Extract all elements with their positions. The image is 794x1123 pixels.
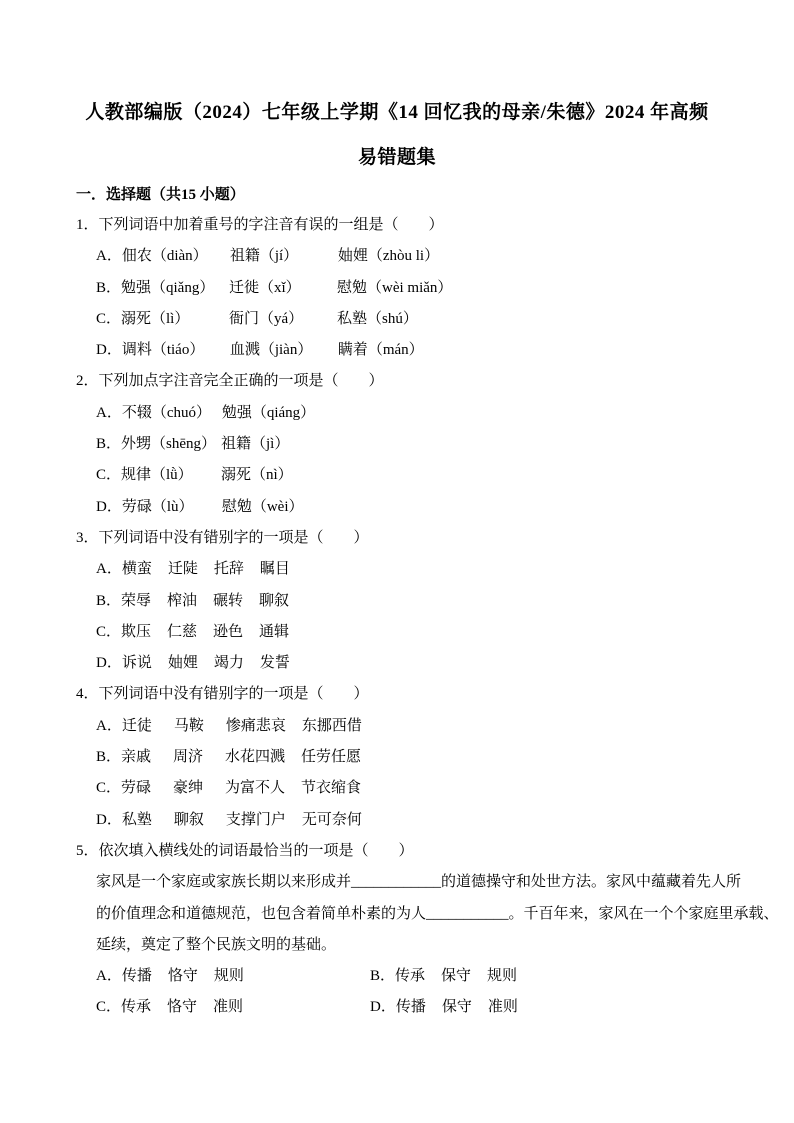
word-pinyin-group: 瞒着（mán） xyxy=(338,335,424,366)
word-pinyin-group: 祖籍（jí） xyxy=(230,241,338,272)
question-1-option-d: D．调料（tiáo）血溅（jiàn）瞒着（mán） xyxy=(96,335,794,366)
question-4-stem: 4．下列词语中没有错别字的一项是（ ） xyxy=(76,679,794,710)
word: 瞩目 xyxy=(260,554,290,585)
word: 仁慈 xyxy=(167,617,213,648)
word-pinyin-group: 规律（lǜ） xyxy=(121,460,221,491)
question-4-option-d: D．私塾聊叙支撑门户无可奈何 xyxy=(96,805,794,836)
word: 准则 xyxy=(213,992,259,1023)
question-5-stem: 5．依次填入横线处的词语最恰当的一项是（ ） xyxy=(76,836,794,867)
word: 无可奈何 xyxy=(302,805,362,836)
word-pinyin-group: 不辍（chuó） xyxy=(122,398,222,429)
question-1-option-a: A．佃农（diàn）祖籍（jí）妯娌（zhòu li） xyxy=(96,241,794,272)
word-pinyin-group: 衙门（yá） xyxy=(229,304,337,335)
word: 周济 xyxy=(173,742,225,773)
word: 碾转 xyxy=(213,586,259,617)
option-label: C． xyxy=(96,617,121,648)
question-3-option-c: C．欺压仁慈逊色通辑 xyxy=(96,617,794,648)
word: 惨痛悲哀 xyxy=(226,711,302,742)
option-label: D． xyxy=(96,335,122,366)
option-label: A． xyxy=(96,711,122,742)
word-pinyin-group: 迁徙（xǐ） xyxy=(229,273,337,304)
word-pinyin-group: 外甥（shēng） xyxy=(121,429,221,460)
question-3-option-d: D．诉说妯娌竭力发誓 xyxy=(96,648,794,679)
word: 妯娌 xyxy=(168,648,214,679)
word: 通辑 xyxy=(259,617,289,648)
option-label: A． xyxy=(96,398,122,429)
word: 规则 xyxy=(214,961,260,992)
question-2-option-a: A．不辍（chuó）勉强（qiáng） xyxy=(96,398,794,429)
title-line-1: 人教部编版（2024）七年级上学期《14 回忆我的母亲/朱德》2024 年高频 xyxy=(0,90,794,135)
question-3-stem: 3．下列词语中没有错别字的一项是（ ） xyxy=(76,523,794,554)
question-1-option-b: B．勉强（qiǎng）迁徙（xǐ）慰勉（wèi miǎn） xyxy=(96,273,794,304)
word-pinyin-group: 溺死（nì） xyxy=(221,460,293,491)
word: 传播 xyxy=(396,992,442,1023)
question-2-option-c: C．规律（lǜ）溺死（nì） xyxy=(96,460,794,491)
option-label: A． xyxy=(96,961,122,992)
word: 传承 xyxy=(395,961,441,992)
word: 发誓 xyxy=(260,648,290,679)
word: 任劳任愿 xyxy=(301,742,361,773)
question-2-option-b: B．外甥（shēng）祖籍（jì） xyxy=(96,429,794,460)
question-list: 1．下列词语中加着重号的字注音有误的一组是（ ） A．佃农（diàn）祖籍（jí… xyxy=(0,210,794,1024)
question-1-option-c: C．溺死（lì）衙门（yá）私塾（shú） xyxy=(96,304,794,335)
word: 迁陡 xyxy=(168,554,214,585)
word: 亲戚 xyxy=(121,742,173,773)
word-pinyin-group: 慰勉（wèi） xyxy=(222,492,304,523)
word-pinyin-group: 血溅（jiàn） xyxy=(230,335,338,366)
question-3-option-a: A．横蛮迁陡托辞瞩目 xyxy=(96,554,794,585)
option-label: D． xyxy=(96,492,122,523)
section-heading: 一．选择题（共15 小题） xyxy=(76,181,794,210)
question-4-option-c: C．劳碌豪绅为富不人节衣缩食 xyxy=(96,773,794,804)
word-pinyin-group: 溺死（lì） xyxy=(121,304,229,335)
option-label: A． xyxy=(96,241,122,272)
word: 保守 xyxy=(442,992,488,1023)
word: 传播 xyxy=(122,961,168,992)
option-label: C． xyxy=(96,992,121,1023)
question-3-option-b: B．荣辱榨油碾转聊叙 xyxy=(96,586,794,617)
word: 横蛮 xyxy=(122,554,168,585)
word: 东挪西借 xyxy=(302,711,362,742)
word-pinyin-group: 劳碌（lù） xyxy=(122,492,222,523)
word-pinyin-group: 佃农（diàn） xyxy=(122,241,230,272)
option-label: D． xyxy=(96,648,122,679)
word: 迁徒 xyxy=(122,711,174,742)
question-2-option-d: D．劳碌（lù）慰勉（wèi） xyxy=(96,492,794,523)
word-pinyin-group: 勉强（qiáng） xyxy=(222,398,315,429)
word: 为富不人 xyxy=(225,773,301,804)
option-label: D． xyxy=(370,992,396,1023)
word: 欺压 xyxy=(121,617,167,648)
document-page: 人教部编版（2024）七年级上学期《14 回忆我的母亲/朱德》2024 年高频 … xyxy=(0,0,794,1123)
word-pinyin-group: 私塾（shú） xyxy=(337,304,418,335)
option-label: C． xyxy=(96,304,121,335)
word-pinyin-group: 慰勉（wèi miǎn） xyxy=(337,273,452,304)
question-4-option-b: B．亲戚周济水花四溅任劳任愿 xyxy=(96,742,794,773)
question-1-stem: 1．下列词语中加着重号的字注音有误的一组是（ ） xyxy=(76,210,794,241)
word: 劳碌 xyxy=(121,773,173,804)
question-5-option-b: B．传承保守规则 xyxy=(370,961,533,992)
word: 节衣缩食 xyxy=(301,773,361,804)
option-label: B． xyxy=(96,273,121,304)
document-title: 人教部编版（2024）七年级上学期《14 回忆我的母亲/朱德》2024 年高频 … xyxy=(0,0,794,180)
option-label: B． xyxy=(96,429,121,460)
option-label: C． xyxy=(96,773,121,804)
title-line-2: 易错题集 xyxy=(0,135,794,180)
question-5-option-a: A．传播恪守规则 xyxy=(96,961,370,992)
word-pinyin-group: 妯娌（zhòu li） xyxy=(338,241,439,272)
word: 荣辱 xyxy=(121,586,167,617)
word: 聊叙 xyxy=(259,586,289,617)
word: 榨油 xyxy=(167,586,213,617)
question-5-passage-line-3: 延续，奠定了整个民族文明的基础。 xyxy=(96,930,794,961)
question-5-passage-line-2: 的价值理念和道德规范，也包含着简单朴素的为人___________。千百年来，家… xyxy=(96,899,794,930)
question-4-option-a: A．迁徒马鞍惨痛悲哀东挪西借 xyxy=(96,711,794,742)
word-pinyin-group: 祖籍（jì） xyxy=(221,429,289,460)
word: 恪守 xyxy=(168,961,214,992)
word: 马鞍 xyxy=(174,711,226,742)
word: 豪绅 xyxy=(173,773,225,804)
option-label: C． xyxy=(96,460,121,491)
option-label: B． xyxy=(96,586,121,617)
word: 恪守 xyxy=(167,992,213,1023)
word: 托辞 xyxy=(214,554,260,585)
option-label: D． xyxy=(96,805,122,836)
question-5-option-c: C．传承恪守准则 xyxy=(96,992,370,1023)
word: 准则 xyxy=(488,992,534,1023)
word: 水花四溅 xyxy=(225,742,301,773)
word: 诉说 xyxy=(122,648,168,679)
word-pinyin-group: 调料（tiáo） xyxy=(122,335,230,366)
option-label: B． xyxy=(96,742,121,773)
option-label: B． xyxy=(370,961,395,992)
question-2-stem: 2．下列加点字注音完全正确的一项是（ ） xyxy=(76,366,794,397)
word: 逊色 xyxy=(213,617,259,648)
word: 支撑门户 xyxy=(226,805,302,836)
word: 私塾 xyxy=(122,805,174,836)
word: 竭力 xyxy=(214,648,260,679)
word-pinyin-group: 勉强（qiǎng） xyxy=(121,273,229,304)
word: 聊叙 xyxy=(174,805,226,836)
word: 保守 xyxy=(441,961,487,992)
word: 传承 xyxy=(121,992,167,1023)
option-label: A． xyxy=(96,554,122,585)
word: 规则 xyxy=(487,961,533,992)
question-5-passage-line-1: 家风是一个家庭或家族长期以来形成并____________的道德操守和处世方法。… xyxy=(96,867,794,898)
question-5-option-d: D．传播保守准则 xyxy=(370,992,534,1023)
